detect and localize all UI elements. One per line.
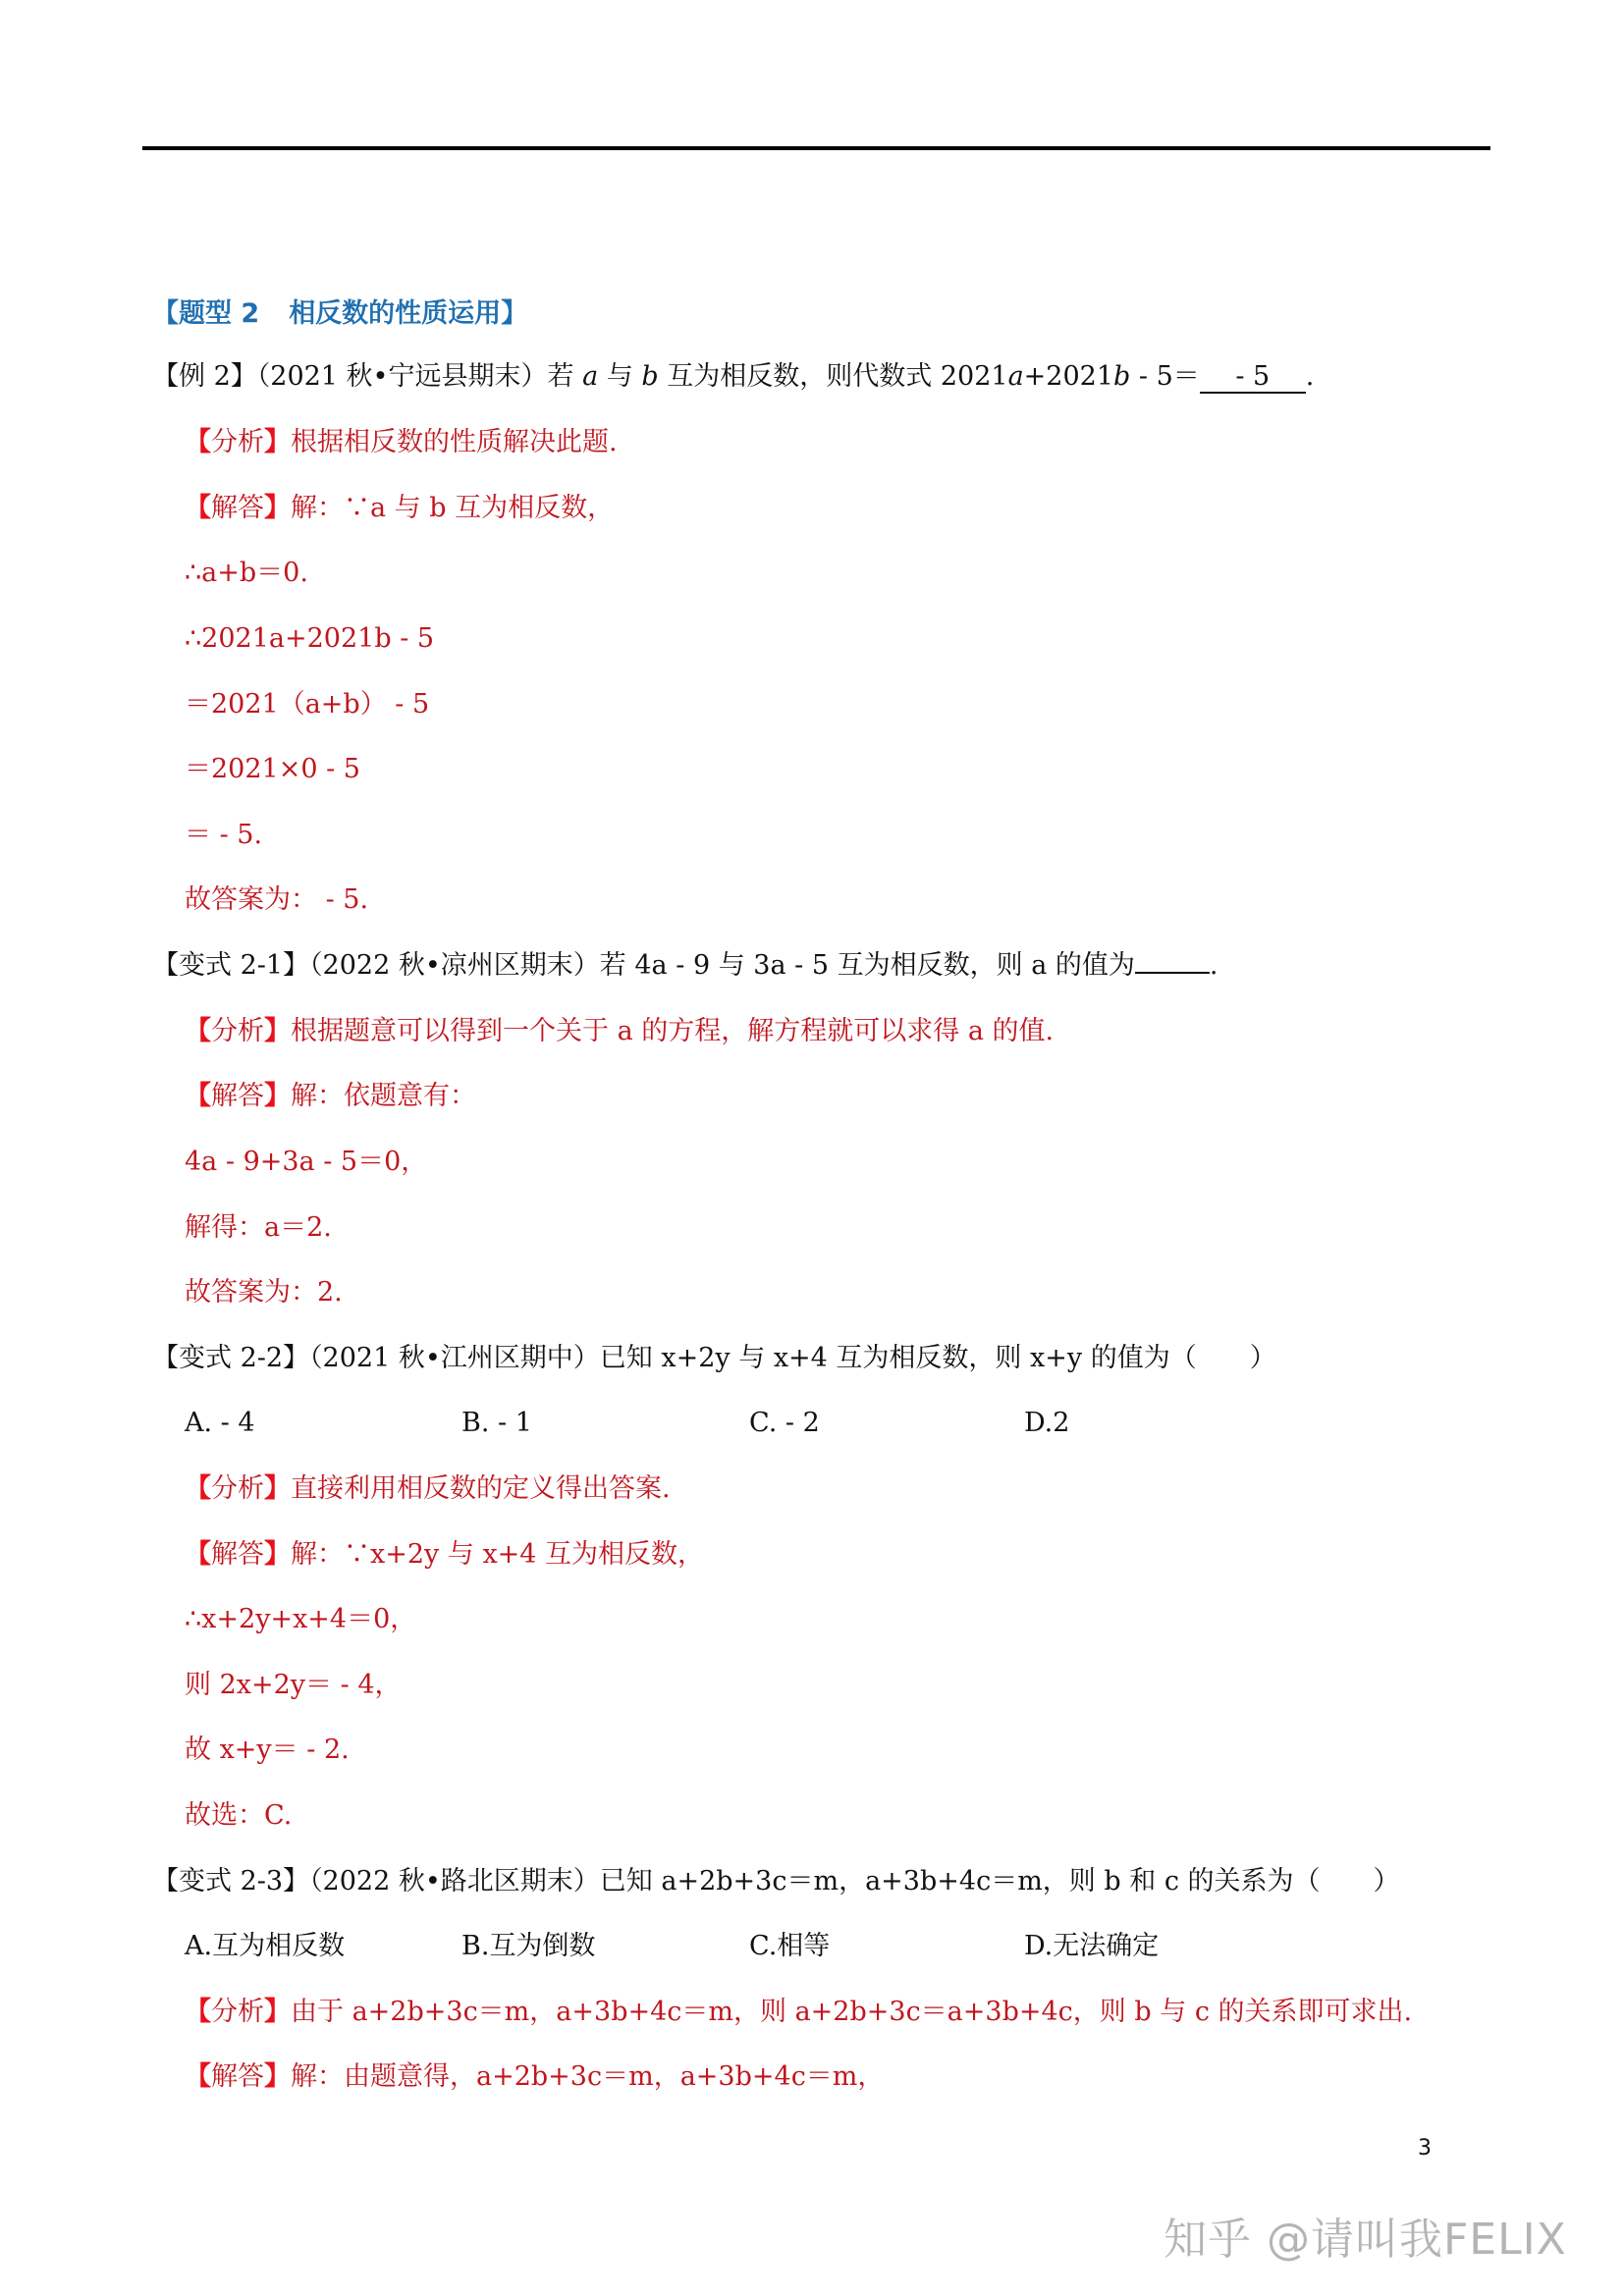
stem-text: 已知 x+2y 与 x+4 互为相反数，则 x+y 的值为（ ） <box>600 1343 1276 1373</box>
label-bracket-open: 【 <box>185 1081 211 1111</box>
solution-line: 4a - 9+3a - 5＝0， <box>185 1145 427 1180</box>
analysis-label: 分析 <box>211 427 264 457</box>
option-d: D.2 <box>1024 1406 1069 1441</box>
label-bracket-close: 】 <box>264 1539 291 1570</box>
question-label: 【变式 2-3】 <box>152 1866 309 1896</box>
variant-2-1-solution-header: 【解答】解：依题意有： <box>185 1079 476 1114</box>
solution-label: 解答 <box>211 1539 264 1570</box>
stem-text: - 5＝ <box>1130 361 1199 392</box>
solution-line: 解：由题意得，a+2b+3c＝m，a+3b+4c＝m， <box>291 2061 884 2092</box>
label-bracket-close: 】 <box>264 2061 291 2092</box>
stem-text: 与 <box>598 361 641 392</box>
analysis-text: 根据相反数的性质解决此题. <box>291 427 618 457</box>
label-bracket-open: 【 <box>185 2061 211 2092</box>
example-2-question: 【例 2】（2021 秋•宁远县期末）若 a 与 b 互为相反数，则代数式 20… <box>152 359 1314 395</box>
answer-blank: - 5 <box>1200 362 1306 394</box>
label-bracket-open: 【 <box>185 427 211 457</box>
solution-label: 解答 <box>211 493 264 523</box>
question-label: 【例 2】 <box>152 361 257 392</box>
solution-line: ∴x+2y+x+4＝0， <box>185 1602 416 1637</box>
heading-title: 相反数的性质运用 <box>289 298 501 329</box>
variable-a: a <box>582 361 598 392</box>
stem-text: +2021 <box>1024 361 1113 392</box>
solution-line: 解：∵a 与 b 互为相反数， <box>291 493 614 523</box>
solution-line: ＝ - 5. <box>185 818 262 853</box>
label-bracket-open: 【 <box>185 1997 211 2027</box>
solution-line: 则 2x+2y＝ - 4， <box>185 1668 402 1703</box>
variant-2-2-solution-header: 【解答】解：∵x+2y 与 x+4 互为相反数， <box>185 1537 704 1573</box>
solution-line: 故 x+y＝ - 2. <box>185 1733 350 1768</box>
solution-line: ∴2021a+2021b - 5 <box>185 621 434 657</box>
variant-2-2-analysis: 【分析】直接利用相反数的定义得出答案. <box>185 1471 671 1507</box>
variant-2-2-question: 【变式 2-2】（2021 秋•江州区期中）已知 x+2y 与 x+4 互为相反… <box>152 1341 1276 1376</box>
option-c: C. - 2 <box>749 1406 820 1441</box>
option-c: C.相等 <box>749 1929 830 1964</box>
solution-line: 解：依题意有： <box>291 1081 476 1111</box>
label-bracket-close: 】 <box>264 1473 291 1504</box>
stem-text: 已知 a+2b+3c＝m，a+3b+4c＝m，则 b 和 c 的关系为（ ） <box>600 1866 1400 1896</box>
option-b: B.互为倒数 <box>461 1929 595 1964</box>
solution-line: 解：∵x+2y 与 x+4 互为相反数， <box>291 1539 704 1570</box>
variant-2-1-analysis: 【分析】根据题意可以得到一个关于 a 的方程，解方程就可以求得 a 的值. <box>185 1014 1054 1049</box>
header-rule <box>142 146 1490 150</box>
analysis-label: 分析 <box>211 1997 264 2027</box>
solution-label: 解答 <box>211 1081 264 1111</box>
stem-text: 互为相反数，则代数式 2021 <box>659 361 1008 392</box>
solution-line: 解得：a＝2. <box>185 1210 332 1246</box>
analysis-label: 分析 <box>211 1473 264 1504</box>
label-bracket-open: 【 <box>185 493 211 523</box>
question-source: （2021 秋•宁远县期末） <box>257 361 548 392</box>
analysis-label: 分析 <box>211 1016 264 1046</box>
label-bracket-close: 】 <box>264 1016 291 1046</box>
solution-line: ∴a+b＝0. <box>185 556 308 591</box>
analysis-text: 直接利用相反数的定义得出答案. <box>291 1473 671 1504</box>
stem-end: . <box>1306 361 1315 392</box>
answer-blank <box>1135 972 1210 974</box>
label-bracket-open: 【 <box>185 1473 211 1504</box>
label-bracket-close: 】 <box>264 427 291 457</box>
analysis-text: 由于 a+2b+3c＝m，a+3b+4c＝m，则 a+2b+3c＝a+3b+4c… <box>291 1997 1412 2027</box>
option-a: A. - 4 <box>185 1406 255 1441</box>
label-bracket-close: 】 <box>264 1997 291 2027</box>
heading-bracket-open: 【 <box>152 298 179 329</box>
section-heading: 【题型 2相反数的性质运用】 <box>152 296 527 332</box>
solution-line: 故答案为： - 5. <box>185 882 368 918</box>
question-label: 【变式 2-2】 <box>152 1343 309 1373</box>
variant-2-3-question: 【变式 2-3】（2022 秋•路北区期末）已知 a+2b+3c＝m，a+3b+… <box>152 1864 1400 1899</box>
label-bracket-close: 】 <box>264 1081 291 1111</box>
variable-b: b <box>641 361 658 392</box>
analysis-text: 根据题意可以得到一个关于 a 的方程，解方程就可以求得 a 的值. <box>291 1016 1054 1046</box>
example-2-analysis: 【分析】根据相反数的性质解决此题. <box>185 425 618 460</box>
solution-line: 故答案为：2. <box>185 1275 343 1310</box>
stem-text: 若 4a - 9 与 3a - 5 互为相反数，则 a 的值为 <box>600 950 1135 981</box>
option-a: A.互为相反数 <box>185 1929 345 1964</box>
watermark: 知乎 @请叫我FELIX <box>1164 2204 1567 2267</box>
solution-label: 解答 <box>211 2061 264 2092</box>
variant-2-3-analysis: 【分析】由于 a+2b+3c＝m，a+3b+4c＝m，则 a+2b+3c＝a+3… <box>185 1995 1412 2030</box>
variant-2-3-solution-header: 【解答】解：由题意得，a+2b+3c＝m，a+3b+4c＝m， <box>185 2059 884 2095</box>
stem-text: 若 <box>548 361 583 392</box>
stem-end: . <box>1210 950 1218 981</box>
option-b: B. - 1 <box>461 1406 532 1441</box>
question-source: （2022 秋•路北区期末） <box>309 1866 600 1896</box>
heading-type-number: 题型 2 <box>179 298 259 329</box>
variable-a: a <box>1008 361 1024 392</box>
label-bracket-open: 【 <box>185 1539 211 1570</box>
solution-line: ＝2021（a+b） - 5 <box>185 687 429 722</box>
solution-line: ＝2021×0 - 5 <box>185 752 360 787</box>
example-2-solution-header: 【解答】解：∵a 与 b 互为相反数， <box>185 491 614 526</box>
option-d: D.无法确定 <box>1024 1929 1159 1964</box>
solution-line: 故选：C. <box>185 1798 292 1834</box>
question-source: （2021 秋•江州区期中） <box>309 1343 600 1373</box>
question-label: 【变式 2-1】 <box>152 950 309 981</box>
label-bracket-open: 【 <box>185 1016 211 1046</box>
label-bracket-close: 】 <box>264 493 291 523</box>
heading-bracket-close: 】 <box>501 298 527 329</box>
page-number: 3 <box>1418 2136 1432 2161</box>
variant-2-1-question: 【变式 2-1】（2022 秋•凉州区期末）若 4a - 9 与 3a - 5 … <box>152 948 1218 984</box>
question-source: （2022 秋•凉州区期末） <box>309 950 600 981</box>
variable-b: b <box>1113 361 1130 392</box>
